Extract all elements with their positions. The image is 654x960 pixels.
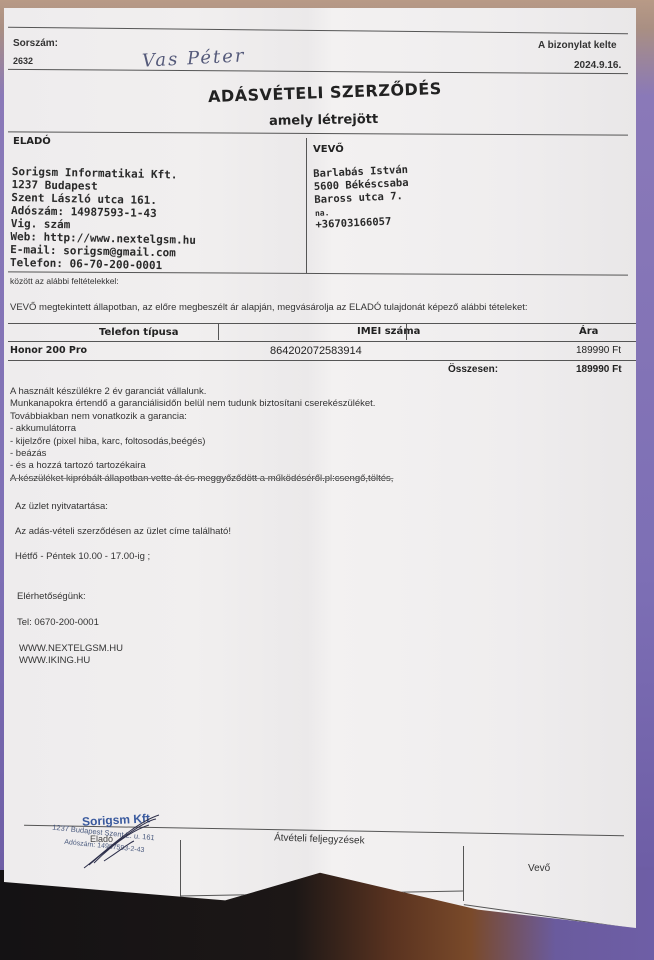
divider [8, 323, 636, 324]
date-value: 2024.9.16. [574, 60, 621, 71]
buyer-heading: VEVŐ [313, 144, 344, 155]
divider [8, 360, 636, 361]
buyer-signature-label: Vevő [528, 863, 550, 874]
divider [306, 138, 307, 273]
warranty-line: A készüléket kipróbált állapotban vette … [10, 473, 393, 485]
divider [406, 324, 407, 340]
column-header-type: Telefon típusa [99, 327, 179, 338]
serial-value: 2632 [13, 56, 33, 66]
warranty-line: Továbbiakban nem vonatkozik a garancia: [10, 411, 393, 423]
website-link[interactable]: WWW.IKING.HU [19, 655, 90, 666]
divider [8, 341, 636, 342]
handwritten-note: Vas Péter [142, 45, 246, 71]
column-header-price: Ára [579, 326, 598, 337]
divider [8, 271, 628, 275]
seller-heading: ELADÓ [13, 136, 51, 147]
total-label: Összesen: [448, 364, 498, 375]
contact-phone: Tel: 0670-200-0001 [17, 617, 99, 628]
hours-label: Az üzlet nyitvatartása: [15, 501, 108, 512]
buyer-details: Barlabás István 5600 Békéscsaba Baross u… [313, 164, 411, 232]
divider [463, 846, 464, 901]
contract-title: ADÁSVÉTELI SZERZŐDÉS [208, 79, 442, 106]
column-header-imei: IMEI száma [357, 326, 420, 337]
purchase-text: VEVŐ megtekintett állapotban, az előre m… [10, 302, 528, 313]
seller-signature [74, 813, 164, 873]
serial-label: Sorszám: [13, 38, 58, 49]
buyer-phone: +36703166057 [315, 215, 410, 232]
warranty-line: Munkanapokra értendő a garanciálisidőn b… [10, 398, 393, 410]
opening-hours: Hétfő - Péntek 10.00 - 17.00-ig ; [15, 551, 150, 562]
warranty-terms: A használt készülékre 2 év garanciát vál… [10, 386, 393, 485]
phone-type: Honor 200 Pro [10, 345, 87, 356]
warranty-line: - akkumulátorra [10, 423, 393, 435]
address-note: Az adás-vételi szerződésen az üzlet címe… [15, 526, 231, 537]
seller-details: Sorigsm Informatikai Kft. 1237 Budapest … [10, 165, 198, 273]
notes-label: Átvételi feljegyzések [274, 832, 365, 846]
item-price: 189990 Ft [576, 345, 621, 356]
divider [218, 324, 219, 340]
divider [180, 840, 181, 900]
contract-paper: Sorszám: 2632 Vas Péter A bizonylat kelt… [4, 8, 636, 928]
warranty-line: - és a hozzá tartozó tartozékaira [10, 460, 393, 472]
between-text: között az alábbi feltételekkel: [10, 276, 119, 286]
divider [8, 131, 628, 135]
website-link[interactable]: WWW.NEXTELGSM.HU [19, 643, 123, 654]
contract-subtitle: amely létrejött [269, 112, 378, 129]
date-label: A bizonylat kelte [538, 40, 617, 51]
contact-label: Elérhetőségünk: [17, 591, 86, 602]
warranty-line: - beázás [10, 448, 393, 460]
warranty-line: A használt készülékre 2 év garanciát vál… [10, 386, 393, 398]
warranty-line: - kijelzőre (pixel hiba, karc, foltosodá… [10, 436, 393, 448]
buyer-street: Baross utca 7. [314, 190, 409, 207]
total-value: 189990 Ft [576, 364, 622, 375]
divider [8, 69, 628, 74]
imei-number: 864202072583914 [270, 345, 362, 357]
divider [8, 27, 628, 34]
